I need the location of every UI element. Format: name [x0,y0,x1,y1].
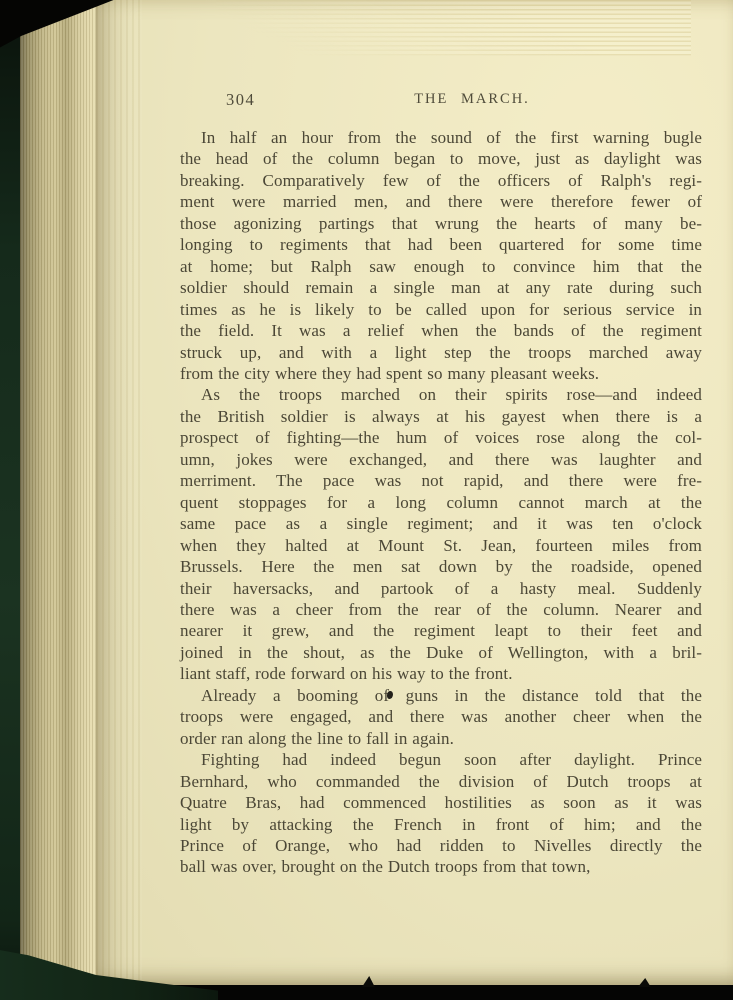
page-number: 304 [226,90,255,110]
page-curl-texture [96,0,142,986]
text-line: Fighting had indeed begun soon after day… [180,749,702,770]
text-line: In half an hour from the sound of the fi… [180,127,702,148]
text-line: Quatre Bras, had commenced hostilities a… [180,792,702,813]
text-line: nearer it grew, and the regiment leapt t… [180,620,702,641]
paragraph: As the troops marched on their spirits r… [180,384,702,684]
paragraph: Already a booming of guns in the distanc… [180,685,702,749]
text-line: As the troops marched on their spirits r… [180,384,702,405]
page-header: 304 THE MARCH. [180,89,702,111]
text-line: Prince of Orange, who had ridden to Nive… [180,835,702,856]
text-line: times as he is likely to be called upon … [180,299,702,320]
text-line: Already a booming of guns in the distanc… [180,685,702,706]
text-line: same pace as a single regiment; and it w… [180,513,702,534]
text-line: at home; but Ralph saw enough to convinc… [180,256,702,277]
text-line: soldier should remain a single man at an… [180,277,702,298]
text-line: longing to regiments that had been quart… [180,234,702,255]
book-photo-scene: 304 THE MARCH. In half an hour from the … [0,0,733,1000]
text-line: the field. It was a relief when the band… [180,320,702,341]
paragraph: Fighting had indeed begun soon after day… [180,749,702,878]
text-line: their haversacks, and partook of a hasty… [180,578,702,599]
text-line: struck up, and with a light step the tro… [180,342,702,363]
text-line: liant staff, rode forward on his way to … [180,663,702,684]
text-line: umn, jokes were exchanged, and there was… [180,449,702,470]
text-line: quent stoppages for a long column cannot… [180,492,702,513]
text-line: the British soldier is always at his gay… [180,406,702,427]
running-header: THE MARCH. [414,91,530,108]
page-top-edge-texture [216,0,691,56]
text-line: those agonizing partings that wrung the … [180,213,702,234]
text-line: breaking. Comparatively few of the offic… [180,170,702,191]
text-line: ment were married men, and there were th… [180,191,702,212]
text-line: ball was over, brought on the Dutch troo… [180,856,702,877]
text-line: when they halted at Mount St. Jean, four… [180,535,702,556]
text-line: merriment. The pace was not rapid, and t… [180,470,702,491]
text-line: joined in the shout, as the Duke of Well… [180,642,702,663]
text-line: there was a cheer from the rear of the c… [180,599,702,620]
text-line: troops were engaged, and there was anoth… [180,706,702,727]
text-line: light by attacking the French in front o… [180,814,702,835]
page-fore-edge-stack [20,6,108,988]
text-line: from the city where they had spent so ma… [180,363,702,384]
text-line: prospect of fighting—the hum of voices r… [180,427,702,448]
text-line: order ran along the line to fall in agai… [180,728,702,749]
paragraph: In half an hour from the sound of the fi… [180,127,702,384]
page-body: In half an hour from the sound of the fi… [180,127,702,878]
text-line: the head of the column began to move, ju… [180,148,702,169]
text-line: Bernhard, who commanded the division of … [180,771,702,792]
book-page: 304 THE MARCH. In half an hour from the … [96,0,733,986]
text-line: Brussels. Here the men sat down by the r… [180,556,702,577]
